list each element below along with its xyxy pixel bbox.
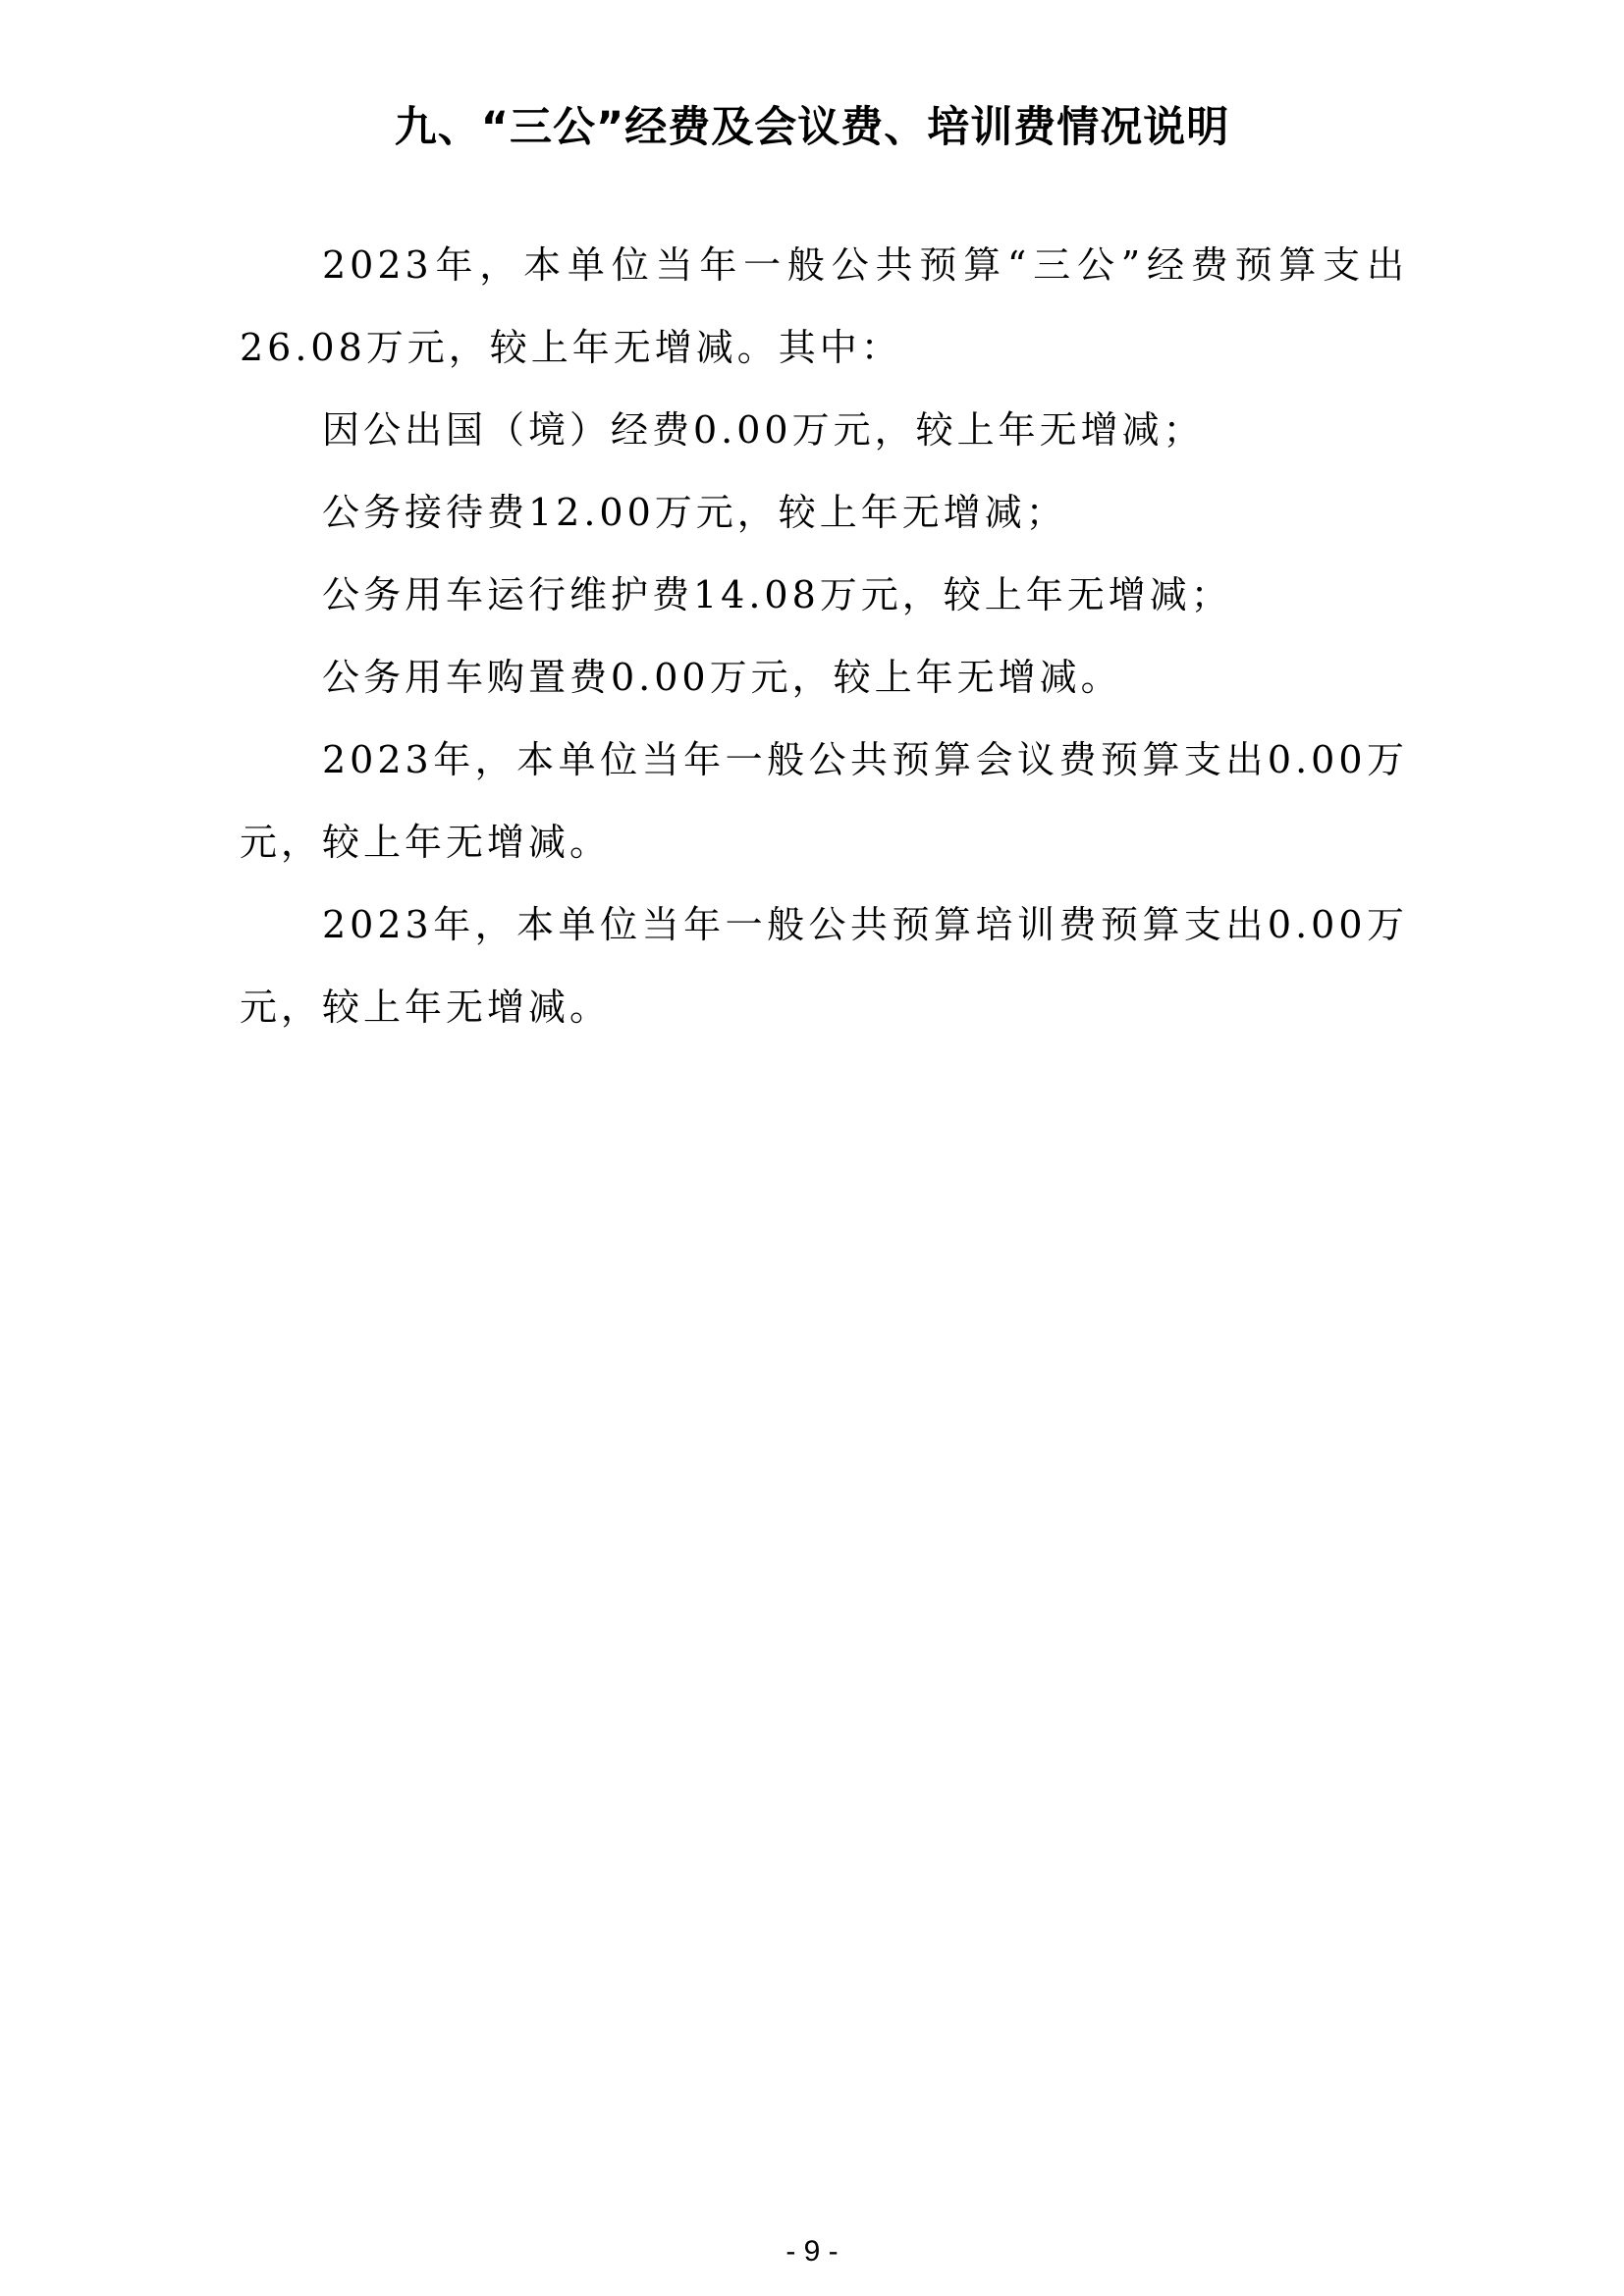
- document-page: 九、“三公”经费及会议费、培训费情况说明 2023年，本单位当年一般公共预算“三…: [0, 0, 1624, 2296]
- paragraph-meeting-fee: 2023年，本单位当年一般公共预算会议费预算支出0.00万元，较上年无增减。: [240, 719, 1408, 883]
- paragraph-three-public-summary: 2023年，本单位当年一般公共预算“三公”经费预算支出26.08万元，较上年无增…: [240, 224, 1408, 389]
- item-official-reception: 公务接待费12.00万元，较上年无增减；: [240, 471, 1408, 554]
- item-vehicle-purchase: 公务用车购置费0.00万元，较上年无增减。: [240, 636, 1408, 719]
- item-overseas-travel: 因公出国（境）经费0.00万元，较上年无增减；: [240, 389, 1408, 471]
- document-body: 2023年，本单位当年一般公共预算“三公”经费预算支出26.08万元，较上年无增…: [240, 224, 1408, 1048]
- page-number: - 9 -: [0, 2234, 1624, 2269]
- paragraph-training-fee: 2023年，本单位当年一般公共预算培训费预算支出0.00万元，较上年无增减。: [240, 883, 1408, 1048]
- section-title: 九、“三公”经费及会议费、培训费情况说明: [0, 98, 1624, 157]
- item-vehicle-operation: 公务用车运行维护费14.08万元，较上年无增减；: [240, 554, 1408, 636]
